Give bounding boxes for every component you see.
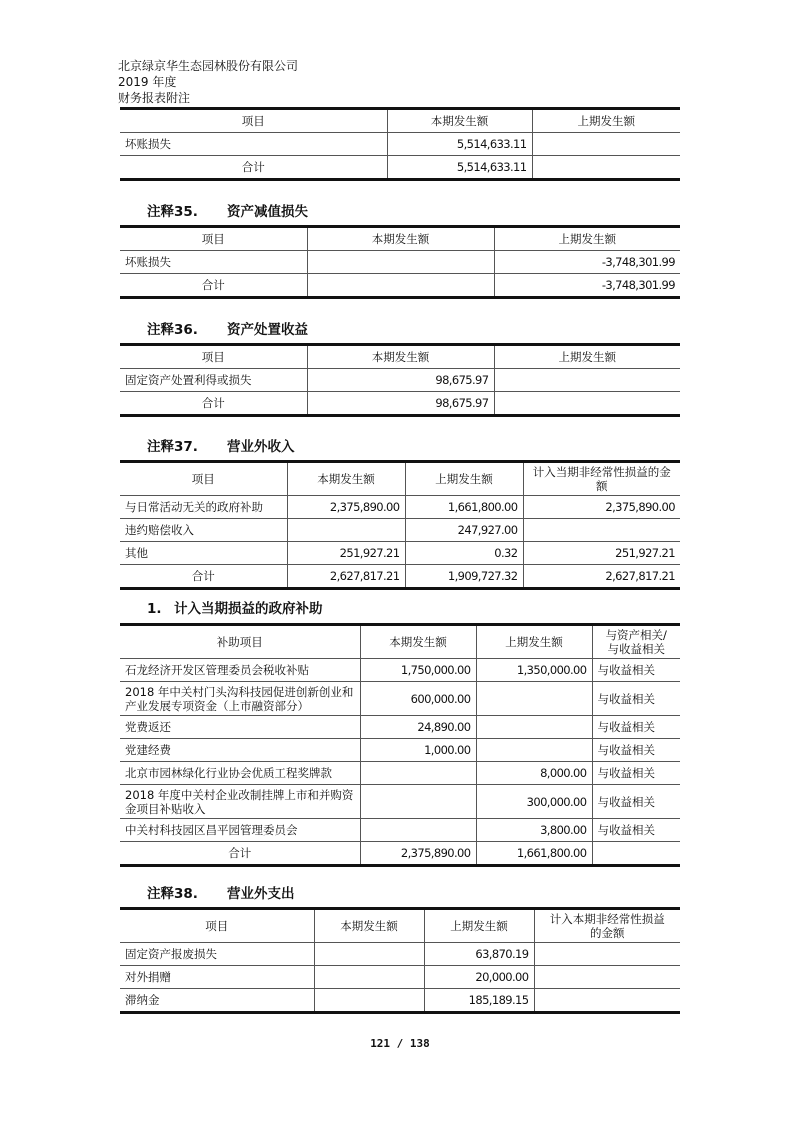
prior-amount-cell: [476, 739, 592, 762]
prior-amount-cell: 1,909,727.32: [405, 565, 523, 589]
nonrecurring-amount-cell: [534, 966, 680, 989]
current-amount-cell: [287, 519, 405, 542]
relation-type-cell: [592, 842, 680, 866]
prior-amount-cell: 3,800.00: [476, 819, 592, 842]
relation-type-cell: 与收益相关: [592, 716, 680, 739]
credit-loss-table: 项目 本期发生额 上期发生额 坏账损失 5,514,633.11 合计 5,51…: [120, 107, 680, 181]
subsection-heading-government-subsidy: 1.计入当期损益的政府补助: [147, 597, 323, 617]
table-row: 固定资产处置利得或损失 98,675.97: [120, 369, 680, 392]
column-header: 本期发生额: [360, 625, 476, 659]
table-total-row: 合计 2,375,890.00 1,661,800.00: [120, 842, 680, 866]
current-amount-cell: 98,675.97: [307, 369, 494, 392]
note38-table: 项目 本期发生额 上期发生额 计入本期非经常性损益的金额 固定资产报废损失 63…: [120, 907, 680, 1014]
item-cell: 北京市园林绿化行业协会优质工程奖牌款: [120, 762, 360, 785]
current-amount-cell: 2,375,890.00: [287, 496, 405, 519]
column-header: 上期发生额: [494, 345, 680, 369]
column-header: 项目: [120, 345, 307, 369]
current-amount-cell: 1,750,000.00: [360, 659, 476, 682]
item-cell: 固定资产处置利得或损失: [120, 369, 307, 392]
item-cell: 党建经费: [120, 739, 360, 762]
item-cell: 党费返还: [120, 716, 360, 739]
note-title: 资产处置收益: [227, 322, 308, 338]
document-title: 财务报表附注: [118, 90, 190, 106]
relation-type-cell: 与收益相关: [592, 785, 680, 819]
item-cell: 中关村科技园区昌平园管理委员会: [120, 819, 360, 842]
note35-table: 项目 本期发生额 上期发生额 坏账损失 -3,748,301.99 合计 -3,…: [120, 225, 680, 299]
table-row: 坏账损失 5,514,633.11: [120, 133, 680, 156]
item-cell: 对外捐赠: [120, 966, 314, 989]
table-header-row: 项目 本期发生额 上期发生额 计入当期非经常性损益的金额: [120, 462, 680, 496]
prior-amount-cell: 0.32: [405, 542, 523, 565]
table-total-row: 合计 2,627,817.21 1,909,727.32 2,627,817.2…: [120, 565, 680, 589]
prior-amount-cell: [476, 716, 592, 739]
item-cell: 固定资产报废损失: [120, 943, 314, 966]
column-header: 计入本期非经常性损益的金额: [534, 909, 680, 943]
table-header-row: 补助项目 本期发生额 上期发生额 与资产相关/与收益相关: [120, 625, 680, 659]
relation-type-cell: 与收益相关: [592, 762, 680, 785]
item-cell: 坏账损失: [120, 251, 307, 274]
current-amount-cell: 2,375,890.00: [360, 842, 476, 866]
column-header: 上期发生额: [405, 462, 523, 496]
relation-type-cell: 与收益相关: [592, 682, 680, 716]
relation-type-cell: 与收益相关: [592, 739, 680, 762]
company-name: 北京绿京华生态园林股份有限公司: [118, 58, 298, 74]
table-row: 违约赔偿收入 247,927.00: [120, 519, 680, 542]
column-header: 本期发生额: [387, 109, 532, 133]
column-header: 项目: [120, 462, 287, 496]
item-cell: 合计: [120, 274, 307, 298]
note-title: 资产减值损失: [227, 204, 308, 220]
prior-amount-cell: [532, 156, 680, 180]
nonrecurring-amount-cell: 2,375,890.00: [523, 496, 680, 519]
current-amount-cell: [307, 274, 494, 298]
current-amount-cell: 1,000.00: [360, 739, 476, 762]
item-cell: 合计: [120, 565, 287, 589]
table-row: 党费返还 24,890.00 与收益相关: [120, 716, 680, 739]
note-number: 注释37.: [147, 435, 227, 455]
prior-amount-cell: 63,870.19: [424, 943, 534, 966]
note-number: 注释36.: [147, 318, 227, 338]
table-row: 北京市园林绿化行业协会优质工程奖牌款 8,000.00 与收益相关: [120, 762, 680, 785]
current-amount-cell: 600,000.00: [360, 682, 476, 716]
item-cell: 滞纳金: [120, 989, 314, 1013]
column-header: 上期发生额: [476, 625, 592, 659]
current-amount-cell: 98,675.97: [307, 392, 494, 416]
current-amount-cell: [314, 943, 424, 966]
nonrecurring-amount-cell: [534, 989, 680, 1013]
current-amount-cell: 251,927.21: [287, 542, 405, 565]
table-header-row: 项目 本期发生额 上期发生额: [120, 345, 680, 369]
prior-amount-cell: 1,350,000.00: [476, 659, 592, 682]
table-total-row: 合计 98,675.97: [120, 392, 680, 416]
section-heading-note37: 注释37.营业外收入: [147, 435, 295, 455]
relation-type-cell: 与收益相关: [592, 659, 680, 682]
item-cell: 合计: [120, 156, 387, 180]
section-heading-note35: 注释35.资产减值损失: [147, 200, 308, 220]
prior-amount-cell: 247,927.00: [405, 519, 523, 542]
column-header: 上期发生额: [532, 109, 680, 133]
section-heading-note38: 注释38.营业外支出: [147, 882, 295, 902]
item-cell: 违约赔偿收入: [120, 519, 287, 542]
current-amount-cell: 5,514,633.11: [387, 156, 532, 180]
note-title: 营业外收入: [227, 439, 295, 455]
table-row: 2018 年中关村门头沟科技园促进创新创业和产业发展专项资金（上市融资部分） 6…: [120, 682, 680, 716]
nonrecurring-amount-cell: 2,627,817.21: [523, 565, 680, 589]
table-header-row: 项目 本期发生额 上期发生额: [120, 227, 680, 251]
nonrecurring-amount-cell: [534, 943, 680, 966]
prior-amount-cell: 1,661,800.00: [476, 842, 592, 866]
current-amount-cell: [360, 785, 476, 819]
column-header: 本期发生额: [287, 462, 405, 496]
page-number: 121 / 138: [0, 1037, 800, 1050]
column-header: 上期发生额: [424, 909, 534, 943]
column-header: 补助项目: [120, 625, 360, 659]
table-row: 石龙经济开发区管理委员会税收补贴 1,750,000.00 1,350,000.…: [120, 659, 680, 682]
column-header: 上期发生额: [494, 227, 680, 251]
table-header-row: 项目 本期发生额 上期发生额: [120, 109, 680, 133]
column-header: 本期发生额: [314, 909, 424, 943]
item-cell: 2018 年中关村门头沟科技园促进创新创业和产业发展专项资金（上市融资部分）: [120, 682, 360, 716]
column-header: 本期发生额: [307, 227, 494, 251]
prior-amount-cell: 20,000.00: [424, 966, 534, 989]
item-cell: 2018 年度中关村企业改制挂牌上市和并购资金项目补贴收入: [120, 785, 360, 819]
prior-amount-cell: 1,661,800.00: [405, 496, 523, 519]
column-header: 项目: [120, 227, 307, 251]
item-cell: 其他: [120, 542, 287, 565]
item-cell: 合计: [120, 392, 307, 416]
note37-table: 项目 本期发生额 上期发生额 计入当期非经常性损益的金额 与日常活动无关的政府补…: [120, 460, 680, 590]
note-title: 营业外支出: [227, 886, 295, 902]
subsection-number: 1.: [147, 601, 174, 617]
prior-amount-cell: 8,000.00: [476, 762, 592, 785]
prior-amount-cell: [476, 682, 592, 716]
table-row: 对外捐赠 20,000.00: [120, 966, 680, 989]
current-amount-cell: [360, 762, 476, 785]
prior-amount-cell: [532, 133, 680, 156]
item-cell: 与日常活动无关的政府补助: [120, 496, 287, 519]
item-cell: 坏账损失: [120, 133, 387, 156]
table-row: 与日常活动无关的政府补助 2,375,890.00 1,661,800.00 2…: [120, 496, 680, 519]
item-cell: 合计: [120, 842, 360, 866]
column-header: 项目: [120, 909, 314, 943]
current-amount-cell: [360, 819, 476, 842]
table-row: 固定资产报废损失 63,870.19: [120, 943, 680, 966]
table-total-row: 合计 5,514,633.11: [120, 156, 680, 180]
note-number: 注释38.: [147, 882, 227, 902]
column-header: 项目: [120, 109, 387, 133]
current-amount-cell: 24,890.00: [360, 716, 476, 739]
relation-type-cell: 与收益相关: [592, 819, 680, 842]
table-row: 中关村科技园区昌平园管理委员会 3,800.00 与收益相关: [120, 819, 680, 842]
table-row: 2018 年度中关村企业改制挂牌上市和并购资金项目补贴收入 300,000.00…: [120, 785, 680, 819]
current-amount-cell: [314, 989, 424, 1013]
table-total-row: 合计 -3,748,301.99: [120, 274, 680, 298]
table-row: 滞纳金 185,189.15: [120, 989, 680, 1013]
item-cell: 石龙经济开发区管理委员会税收补贴: [120, 659, 360, 682]
prior-amount-cell: -3,748,301.99: [494, 274, 680, 298]
section-heading-note36: 注释36.资产处置收益: [147, 318, 308, 338]
subsection-title: 计入当期损益的政府补助: [174, 601, 323, 617]
column-header: 计入当期非经常性损益的金额: [523, 462, 680, 496]
column-header: 与资产相关/与收益相关: [592, 625, 680, 659]
note36-table: 项目 本期发生额 上期发生额 固定资产处置利得或损失 98,675.97 合计 …: [120, 343, 680, 417]
prior-amount-cell: 185,189.15: [424, 989, 534, 1013]
column-header: 本期发生额: [307, 345, 494, 369]
current-amount-cell: 5,514,633.11: [387, 133, 532, 156]
report-year: 2019 年度: [118, 74, 176, 90]
note-number: 注释35.: [147, 200, 227, 220]
government-subsidy-table: 补助项目 本期发生额 上期发生额 与资产相关/与收益相关 石龙经济开发区管理委员…: [120, 623, 680, 867]
current-amount-cell: [307, 251, 494, 274]
prior-amount-cell: -3,748,301.99: [494, 251, 680, 274]
nonrecurring-amount-cell: [523, 519, 680, 542]
prior-amount-cell: 300,000.00: [476, 785, 592, 819]
nonrecurring-amount-cell: 251,927.21: [523, 542, 680, 565]
current-amount-cell: 2,627,817.21: [287, 565, 405, 589]
prior-amount-cell: [494, 369, 680, 392]
prior-amount-cell: [494, 392, 680, 416]
table-row: 坏账损失 -3,748,301.99: [120, 251, 680, 274]
table-row: 其他 251,927.21 0.32 251,927.21: [120, 542, 680, 565]
table-row: 党建经费 1,000.00 与收益相关: [120, 739, 680, 762]
table-header-row: 项目 本期发生额 上期发生额 计入本期非经常性损益的金额: [120, 909, 680, 943]
current-amount-cell: [314, 966, 424, 989]
